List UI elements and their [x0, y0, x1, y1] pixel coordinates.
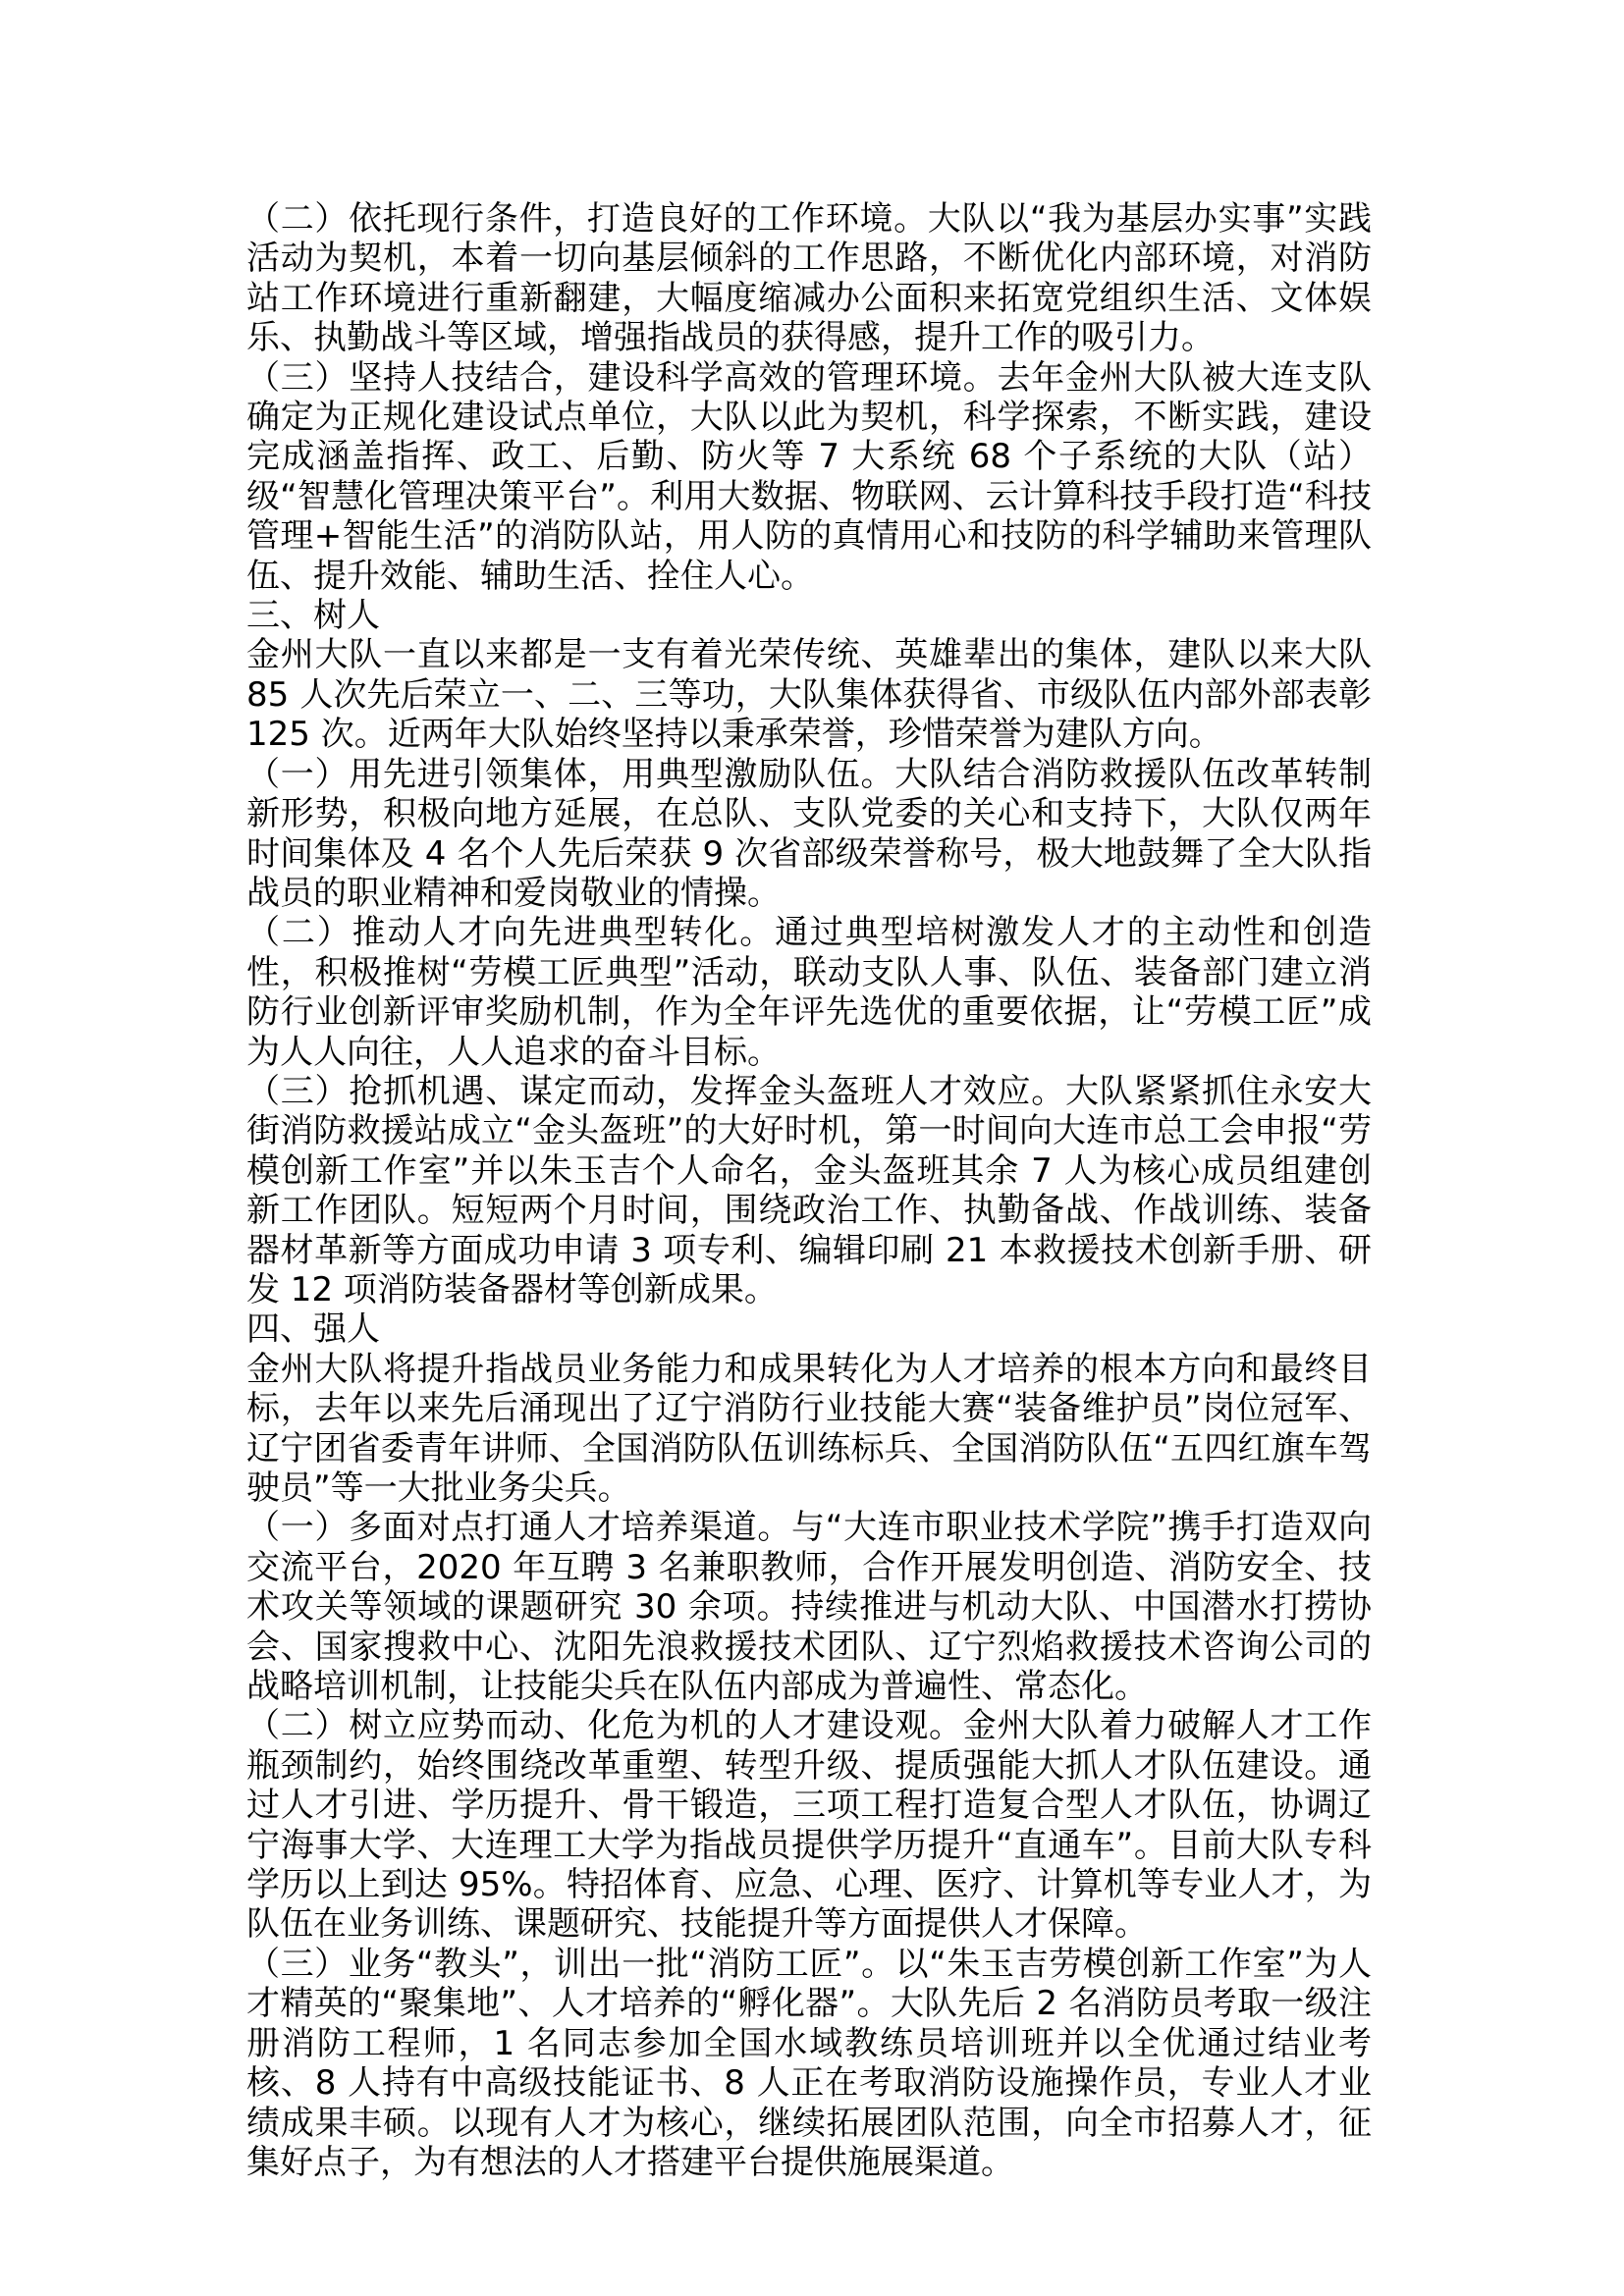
paragraph-3-honors-intro: 金州大队一直以来都是一支有着光荣传统、英雄辈出的集体，建队以来大队 85 人次先… [246, 635, 1372, 754]
paragraph-10-fire-craftsmen: （三）业务“教头”，训出一批“消防工匠”。以“朱玉吉劳模创新工作室”为人才精英的… [246, 1945, 1372, 2182]
paragraph-1-work-environment: （二）依托现行条件，打造良好的工作环境。大队以“我为基层办实事”实践活动为契机，… [246, 199, 1372, 358]
paragraph-4-lead-by-example: （一）用先进引领集体，用典型激励队伍。大队结合消防救援队伍改革转制新形势，积极向… [246, 755, 1372, 914]
paragraph-6-golden-helmet-team: （三）抢抓机遇、谋定而动，发挥金头盔班人才效应。大队紧紧抓住永安大街消防救援站成… [246, 1072, 1372, 1309]
paragraph-7-skill-champions: 金州大队将提升指战员业务能力和成果转化为人才培养的根本方向和最终目标，去年以来先… [246, 1350, 1372, 1509]
paragraph-9-talent-construction: （二）树立应势而动、化危为机的人才建设观。金州大队着力破解人才工作瓶颈制约，始终… [246, 1706, 1372, 1944]
section-heading-qiangren: 四、强人 [246, 1309, 1372, 1349]
paragraph-2-management-environment: （三）坚持人技结合，建设科学高效的管理环境。去年金州大队被大连支队确定为正规化建… [246, 358, 1372, 596]
paragraph-8-training-channels: （一）多面对点打通人才培养渠道。与“大连市职业技术学院”携手打造双向交流平台，2… [246, 1508, 1372, 1706]
document-body: （二）依托现行条件，打造良好的工作环境。大队以“我为基层办实事”实践活动为契机，… [246, 199, 1372, 2182]
paragraph-5-talent-models: （二）推动人才向先进典型转化。通过典型培树激发人才的主动性和创造性，积极推树“劳… [246, 913, 1372, 1072]
section-heading-shuren: 三、树人 [246, 596, 1372, 635]
document-page: （二）依托现行条件，打造良好的工作环境。大队以“我为基层办实事”实践活动为契机，… [0, 0, 1624, 2296]
